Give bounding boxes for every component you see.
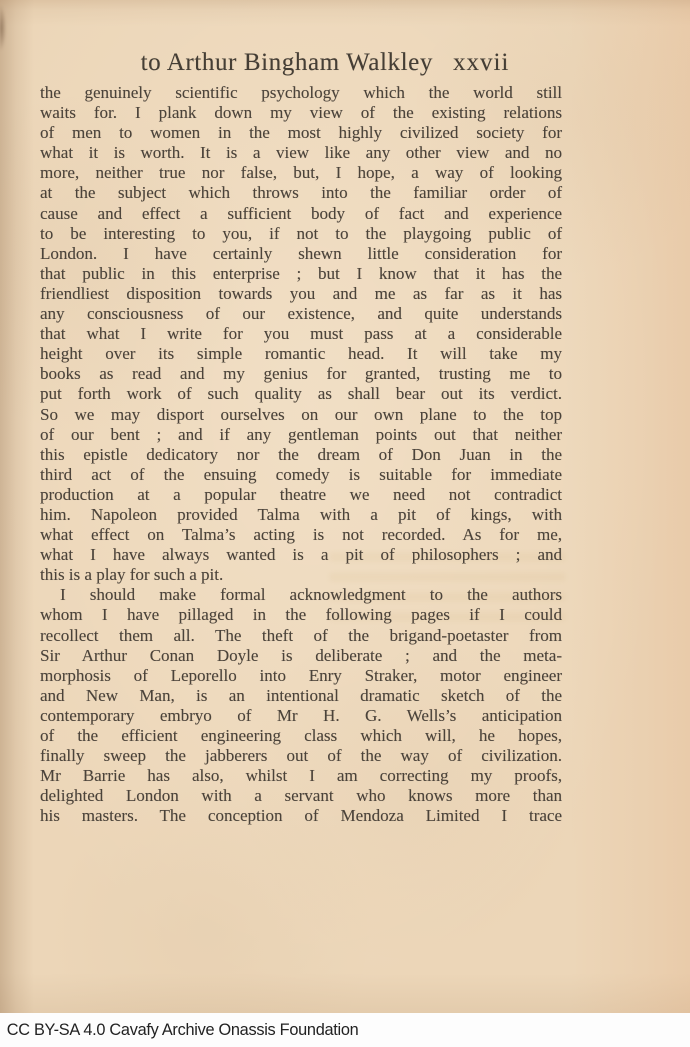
text-line: put forth work of such quality as shall … [40, 384, 562, 404]
text-line: more, neither true nor false, but, I hop… [40, 163, 562, 183]
license-bar: CC BY-SA 4.0 Cavafy Archive Onassis Foun… [0, 1013, 690, 1047]
text-line: production at a popular theatre we need … [40, 485, 562, 505]
text-line: what it is worth. It is a view like any … [40, 143, 562, 163]
text-line: London. I have certainly shewn little co… [40, 244, 562, 264]
text-line: of men to women in the most highly civil… [40, 123, 562, 143]
text-line: waits for. I plank down my view of the e… [40, 103, 562, 123]
license-text: CC BY-SA 4.0 Cavafy Archive Onassis Foun… [0, 1020, 358, 1040]
text-line: I should make formal acknowledgment to t… [40, 585, 562, 605]
text-line: that what I write for you must pass at a… [40, 324, 562, 344]
text-line: height over its simple romantic head. It… [40, 344, 562, 364]
text-line: his masters. The conception of Mendoza L… [40, 806, 562, 826]
text-line: recollect them all. The theft of the bri… [40, 626, 562, 646]
header-title: to Arthur Bingham Walkley [141, 49, 433, 76]
text-line: books as read and my genius for granted,… [40, 364, 562, 384]
text-line: that public in this enterprise ; but I k… [40, 264, 562, 284]
text-line: third act of the ensuing comedy is suita… [40, 465, 562, 485]
text-line: morphosis of Leporello into Enry Straker… [40, 666, 562, 686]
running-header: to Arthur Bingham Walkleyxxvii [64, 49, 586, 77]
text-line: to be interesting to you, if not to the … [40, 224, 562, 244]
text-line: this epistle dedicatory nor the dream of… [40, 445, 562, 465]
text-line: friendliest disposition towards you and … [40, 284, 562, 304]
text-line: what I have always wanted is a pit of ph… [40, 545, 562, 565]
text-line: at the subject which throws into the fam… [40, 183, 562, 203]
text-line: Sir Arthur Conan Doyle is deliberate ; a… [40, 646, 562, 666]
text-line: what effect on Talma’s acting is not rec… [40, 525, 562, 545]
text-line: cause and effect a sufficient body of fa… [40, 204, 562, 224]
text-line: whom I have pillaged in the following pa… [40, 605, 562, 625]
text-line: of the efficient engineering class which… [40, 726, 562, 746]
text-line: delighted London with a servant who know… [40, 786, 562, 806]
text-line: him. Napoleon provided Talma with a pit … [40, 505, 562, 525]
text-line: of our bent ; and if any gentleman point… [40, 425, 562, 445]
text-line: finally sweep the jabberers out of the w… [40, 746, 562, 766]
text-line: this is a play for such a pit. [40, 565, 562, 585]
scanned-book-page: to Arthur Bingham Walkleyxxvii the genui… [0, 0, 690, 1013]
spine-shadow-mark [0, 6, 6, 50]
text-line: contemporary embryo of Mr H. G. Wells’s … [40, 706, 562, 726]
header-page-number: xxvii [453, 49, 509, 76]
text-line: Mr Barrie has also, whilst I am correcti… [40, 766, 562, 786]
text-line: and New Man, is an intentional dramatic … [40, 686, 562, 706]
text-line: So we may disport ourselves on our own p… [40, 405, 562, 425]
text-line: the genuinely scientific psychology whic… [40, 83, 562, 103]
text-line: any consciousness of our existence, and … [40, 304, 562, 324]
body-text-block: the genuinely scientific psychology whic… [40, 83, 562, 826]
